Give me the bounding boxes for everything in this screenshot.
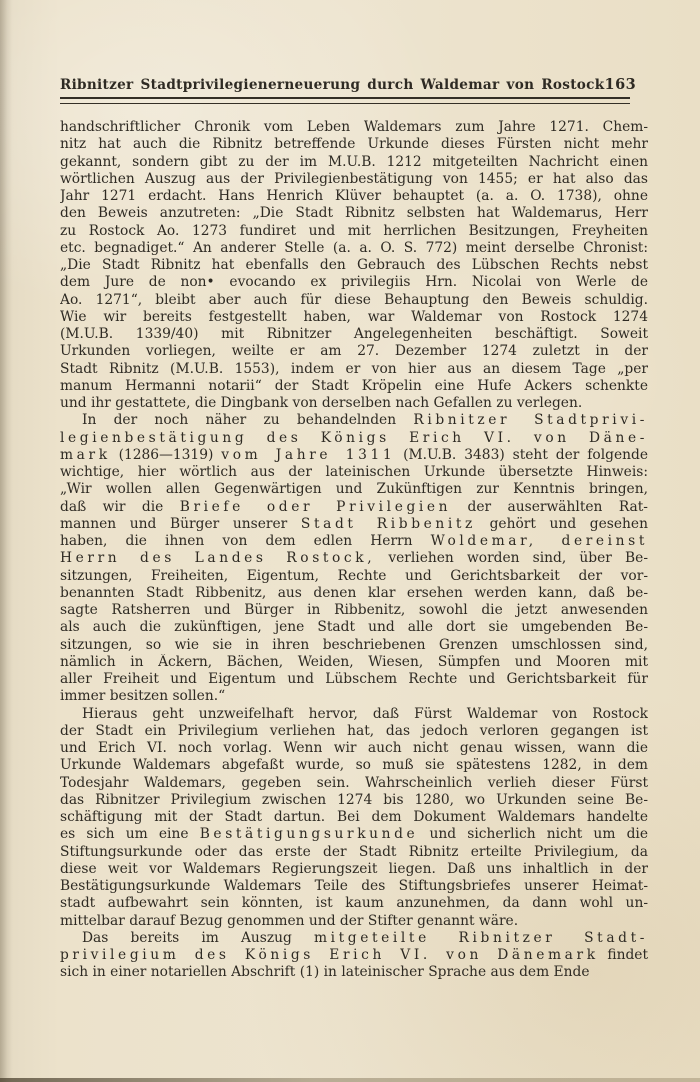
- text-line: sitzungen, Freiheiten, Eigentum, Rechte …: [60, 568, 648, 585]
- text-segment: Das bereits im Auszug: [82, 930, 314, 946]
- text-line: zu Rostock Ao. 1273 fundiret und mit her…: [60, 223, 648, 240]
- text-segment: Jahr 1271 erdacht. Hans Henrich Klüver b…: [60, 188, 648, 204]
- text-segment: Urkunden vorliegen, weilte er am 27. Dez…: [60, 343, 648, 359]
- text-line: aller Freiheit und Eigentum und Lübschem…: [60, 671, 648, 688]
- text-line: mark (1286—1319) vom Jahre 1311 (M.U.B. …: [60, 447, 648, 464]
- text-line: mittelbar darauf Bezug genommen und der …: [60, 913, 648, 930]
- text-segment: dem Jure de non• evocando ex privilegiis…: [60, 274, 648, 290]
- text-segment: sitzungen, so wie sie in ihren beschrieb…: [60, 637, 648, 653]
- text-segment: mittelbar darauf Bezug genommen und der …: [60, 913, 518, 929]
- letterspaced-text: legienbestätigung des Königs Erich VI. v…: [60, 430, 648, 446]
- text-segment: manum Hermanni notarii“ der Stadt Kröpel…: [60, 378, 648, 394]
- text-line: Hieraus geht unzweifelhaft hervor, daß F…: [60, 706, 648, 723]
- text-segment: (1286—1319): [111, 447, 222, 463]
- text-line: privilegium des Königs Erich VI. von Dän…: [60, 947, 648, 964]
- header-double-rule: [60, 97, 630, 104]
- text-segment: schäftigung mit der Stadt dartun. Bei de…: [60, 809, 648, 825]
- text-segment: Todesjahr Waldemars, gegeben sein. Wahrs…: [60, 775, 648, 791]
- letterspaced-text: mitgeteilte Ribnitzer Stadt-: [314, 930, 648, 946]
- text-line: dem Jure de non• evocando ex privilegiis…: [60, 274, 648, 291]
- text-segment: und Erich VI. noch vorlag. Wenn wir auch…: [60, 740, 648, 756]
- letterspaced-text: vom Jahre 1311: [221, 447, 395, 463]
- paragraph: handschriftlicher Chronik vom Leben Wald…: [60, 119, 648, 412]
- text-line: schäftigung mit der Stadt dartun. Bei de…: [60, 809, 648, 826]
- page-left-edge-shadow: [0, 0, 12, 1082]
- text-line: sitzungen, so wie sie in ihren beschrieb…: [60, 637, 648, 654]
- text-segment: wörtlichen Auszug aus der Privilegienbes…: [60, 171, 648, 187]
- text-line: gekannt, sondern gibt zu der im M.U.B. 1…: [60, 154, 648, 171]
- letterspaced-text: Ribnitzer Stadtprivi-: [413, 412, 648, 428]
- running-header: Ribnitzer Stadtprivilegienerneuerung dur…: [60, 76, 630, 93]
- text-line: Wie wir bereits festgestellt haben, war …: [60, 309, 648, 326]
- text-line: Herrn des Landes Rostock, verliehen word…: [60, 550, 648, 567]
- text-segment: findet: [599, 947, 648, 963]
- text-line: sich in einer notariellen Abschrift (1) …: [60, 964, 648, 981]
- text-line: Stiftungsurkunde oder das erste der Stad…: [60, 844, 648, 861]
- text-segment: es sich um eine: [60, 826, 200, 842]
- text-segment: das Ribnitzer Privilegium zwischen 1274 …: [60, 792, 648, 808]
- text-line: mannen und Bürger unserer Stadt Ribbenit…: [60, 516, 648, 533]
- text-segment: etc. begnadiget.“ An anderer Stelle (a. …: [60, 240, 648, 256]
- text-line: Jahr 1271 erdacht. Hans Henrich Klüver b…: [60, 188, 648, 205]
- letterspaced-text: Bestätigungsurkunde: [200, 826, 419, 842]
- text-segment: stadt aufbewahrt sein könnten, ist kaum …: [60, 895, 648, 911]
- text-line: und ihr gestattete, die Dingbank von der…: [60, 395, 648, 412]
- text-segment: wichtige, hier wörtlich aus der lateinis…: [60, 464, 648, 480]
- paragraph: Hieraus geht unzweifelhaft hervor, daß F…: [60, 706, 648, 930]
- text-segment: mannen und Bürger unserer: [60, 516, 301, 532]
- text-segment: handschriftlicher Chronik vom Leben Wald…: [60, 119, 648, 135]
- text-segment: (M.U.B. 3483) steht der folgende: [395, 447, 648, 463]
- text-line: legienbestätigung des Königs Erich VI. v…: [60, 430, 648, 447]
- text-segment: den Beweis anzutreten: „Die Stadt Ribnit…: [60, 205, 648, 221]
- letterspaced-text: Herrn des Landes Rostock,: [60, 550, 375, 566]
- text-line: immer besitzen sollen.“: [60, 688, 648, 705]
- text-segment: aller Freiheit und Eigentum und Lübschem…: [60, 671, 648, 687]
- text-segment: sich in einer notariellen Abschrift (1) …: [60, 964, 590, 980]
- text-line: haben, die ihnen von dem edlen Herrn Wol…: [60, 533, 648, 550]
- text-segment: Stiftungsurkunde oder das erste der Stad…: [60, 844, 648, 860]
- page-bottom-edge-shadow: [0, 1078, 700, 1082]
- text-line: „Die Stadt Ribnitz hat ebenfalls den Geb…: [60, 257, 648, 274]
- text-segment: und sicherlich nicht um die: [418, 826, 648, 842]
- text-line: als auch die zukünftigen, jene Stadt und…: [60, 619, 648, 636]
- text-line: Todesjahr Waldemars, gegeben sein. Wahrs…: [60, 775, 648, 792]
- text-segment: als auch die zukünftigen, jene Stadt und…: [60, 619, 648, 635]
- text-segment: Wie wir bereits festgestellt haben, war …: [60, 309, 648, 325]
- text-segment: haben, die ihnen von dem edlen Herrn: [60, 533, 431, 549]
- text-segment: der Stadt ein Privilegium verliehen hat,…: [60, 723, 648, 739]
- text-segment: In der noch näher zu behandelnden: [82, 412, 413, 428]
- text-segment: nämlich in Äckern, Bächen, Weiden, Wiese…: [60, 654, 648, 670]
- text-segment: Bestätigungsurkunde Waldemars Teile des …: [60, 878, 648, 894]
- text-segment: der auserwählten Rat-: [451, 499, 648, 515]
- text-line: Ao. 1271“, bleibt aber auch für diese Be…: [60, 292, 648, 309]
- text-line: nämlich in Äckern, Bächen, Weiden, Wiese…: [60, 654, 648, 671]
- text-line: daß wir die Briefe oder Privilegien der …: [60, 499, 648, 516]
- text-segment: gekannt, sondern gibt zu der im M.U.B. 1…: [60, 154, 648, 170]
- text-segment: verliehen worden sind, über Be-: [375, 550, 648, 566]
- text-segment: Ao. 1271“, bleibt aber auch für diese Be…: [60, 292, 648, 308]
- text-line: stadt aufbewahrt sein könnten, ist kaum …: [60, 895, 648, 912]
- text-segment: „Wir wollen allen Gegenwärtigen und Zukü…: [60, 481, 648, 497]
- text-line: nitz hat auch die Ribnitz betreffende Ur…: [60, 136, 648, 153]
- letterspaced-text: Woldemar, dereinst: [431, 533, 648, 549]
- text-line: Urkunde Waldemars abgefaßt wurde, so muß…: [60, 757, 648, 774]
- text-segment: (M.U.B. 1339/40) mit Ribnitzer Angelegen…: [60, 326, 648, 342]
- body-text: handschriftlicher Chronik vom Leben Wald…: [60, 119, 648, 982]
- text-line: Das bereits im Auszug mitgeteilte Ribnit…: [60, 930, 648, 947]
- letterspaced-text: privilegium des Königs Erich VI. von Dän…: [60, 947, 599, 963]
- text-line: manum Hermanni notarii“ der Stadt Kröpel…: [60, 378, 648, 395]
- text-segment: nitz hat auch die Ribnitz betreffende Ur…: [60, 136, 648, 152]
- text-segment: zu Rostock Ao. 1273 fundiret und mit her…: [60, 223, 648, 239]
- letterspaced-text: mark: [60, 447, 111, 463]
- text-line: etc. begnadiget.“ An anderer Stelle (a. …: [60, 240, 648, 257]
- page-content: Ribnitzer Stadtprivilegienerneuerung dur…: [60, 76, 648, 982]
- text-segment: Stadt Ribnitz (M.U.B. 1553), indem er vo…: [60, 361, 648, 377]
- text-segment: „Die Stadt Ribnitz hat ebenfalls den Geb…: [60, 257, 648, 273]
- text-line: wörtlichen Auszug aus der Privilegienbes…: [60, 171, 648, 188]
- header-title: Ribnitzer Stadtprivilegienerneuerung dur…: [60, 77, 604, 93]
- paragraph: In der noch näher zu behandelnden Ribnit…: [60, 412, 648, 705]
- text-segment: sagte Ratsherren und Bürger in Ribbenitz…: [60, 602, 648, 618]
- text-line: (M.U.B. 1339/40) mit Ribnitzer Angelegen…: [60, 326, 648, 343]
- text-segment: sitzungen, Freiheiten, Eigentum, Rechte …: [60, 568, 648, 584]
- text-line: „Wir wollen allen Gegenwärtigen und Zukü…: [60, 481, 648, 498]
- text-line: handschriftlicher Chronik vom Leben Wald…: [60, 119, 648, 136]
- text-segment: diese weit vor Waldemars Regierungszeit …: [60, 861, 648, 877]
- text-line: wichtige, hier wörtlich aus der lateinis…: [60, 464, 648, 481]
- text-segment: und ihr gestattete, die Dingbank von der…: [60, 395, 582, 411]
- text-line: den Beweis anzutreten: „Die Stadt Ribnit…: [60, 205, 648, 222]
- scanned-book-page: Ribnitzer Stadtprivilegienerneuerung dur…: [0, 0, 700, 1082]
- text-line: Bestätigungsurkunde Waldemars Teile des …: [60, 878, 648, 895]
- text-line: es sich um eine Bestätigungsurkunde und …: [60, 826, 648, 843]
- text-line: das Ribnitzer Privilegium zwischen 1274 …: [60, 792, 648, 809]
- text-line: In der noch näher zu behandelnden Ribnit…: [60, 412, 648, 429]
- text-segment: immer besitzen sollen.“: [60, 688, 225, 704]
- letterspaced-text: Stadt Ribbenitz: [301, 516, 476, 532]
- text-line: der Stadt ein Privilegium verliehen hat,…: [60, 723, 648, 740]
- text-line: und Erich VI. noch vorlag. Wenn wir auch…: [60, 740, 648, 757]
- text-line: Stadt Ribnitz (M.U.B. 1553), indem er vo…: [60, 361, 648, 378]
- text-line: benannten Stadt Ribbenitz, aus denen kla…: [60, 585, 648, 602]
- page-number: 163: [604, 76, 636, 93]
- text-line: sagte Ratsherren und Bürger in Ribbenitz…: [60, 602, 648, 619]
- text-segment: benannten Stadt Ribbenitz, aus denen kla…: [60, 585, 648, 601]
- text-segment: Urkunde Waldemars abgefaßt wurde, so muß…: [60, 757, 648, 773]
- text-segment: daß wir die: [60, 499, 180, 515]
- paragraph: Das bereits im Auszug mitgeteilte Ribnit…: [60, 930, 648, 982]
- text-segment: gehört und gesehen: [476, 516, 648, 532]
- text-line: diese weit vor Waldemars Regierungszeit …: [60, 861, 648, 878]
- text-line: Urkunden vorliegen, weilte er am 27. Dez…: [60, 343, 648, 360]
- letterspaced-text: Briefe oder Privilegien: [180, 499, 451, 515]
- text-segment: Hieraus geht unzweifelhaft hervor, daß F…: [82, 706, 648, 722]
